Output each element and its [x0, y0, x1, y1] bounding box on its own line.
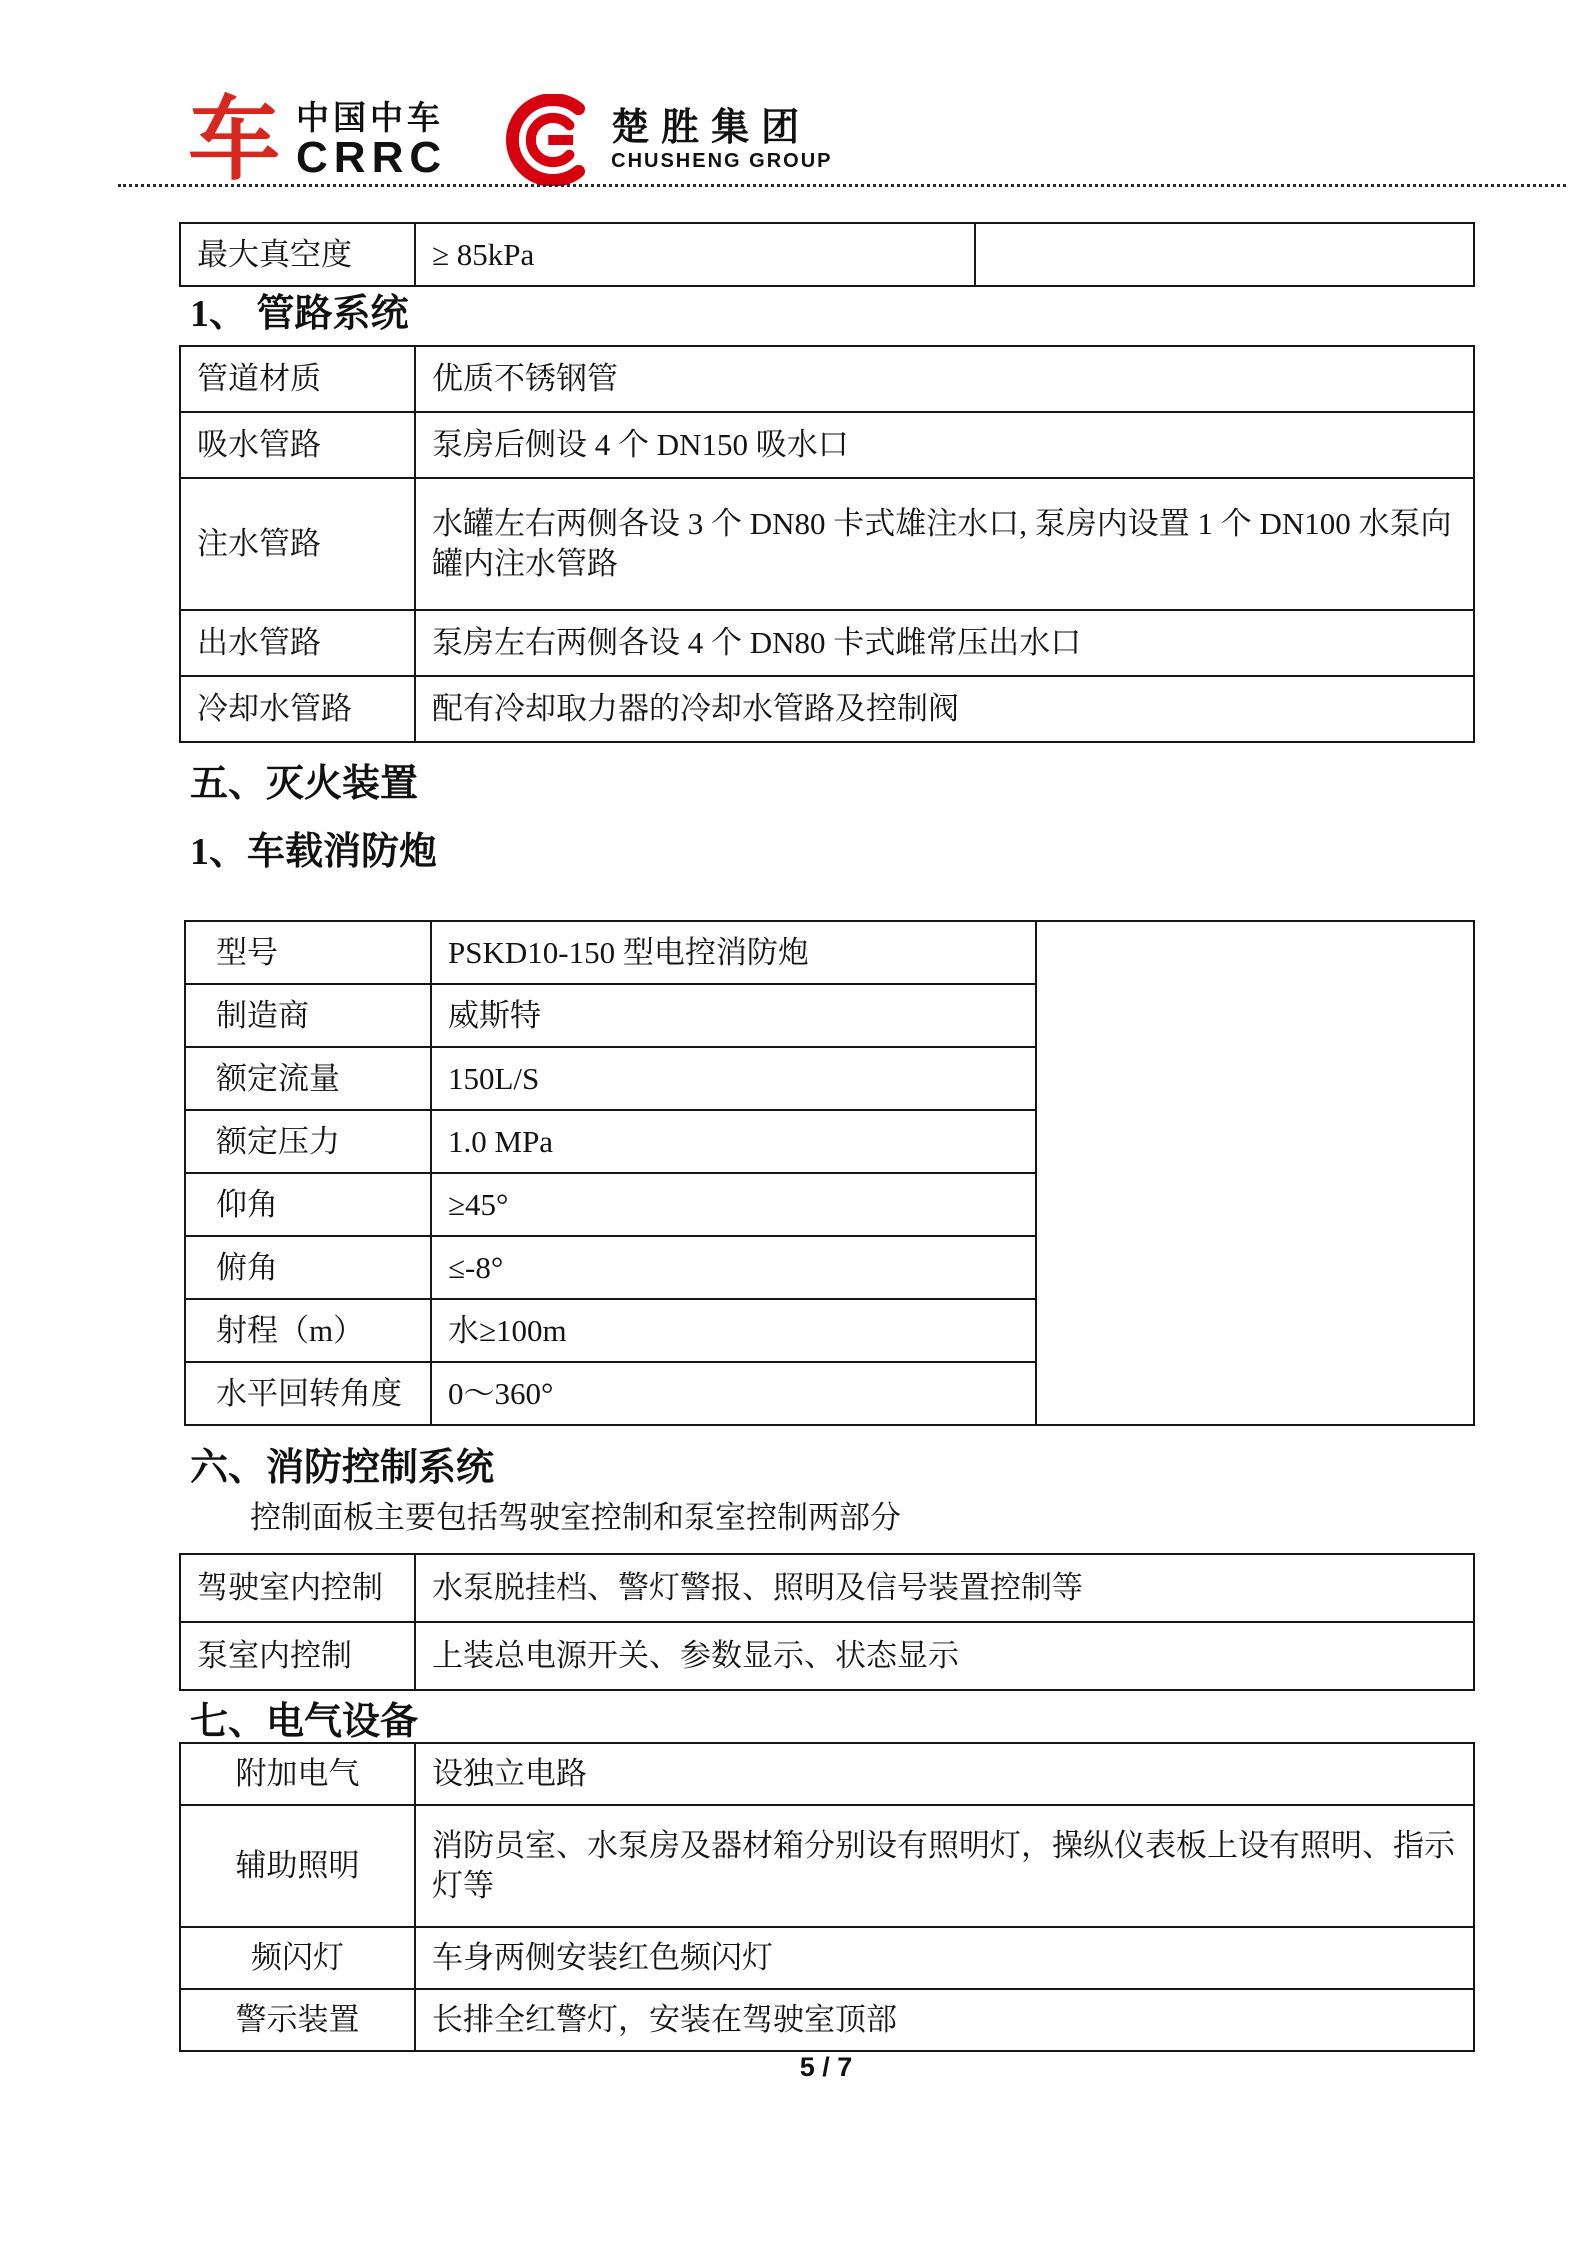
row-label: 额定压力	[185, 1110, 431, 1173]
control-intro-paragraph: 控制面板主要包括驾驶室控制和泵室控制两部分	[250, 1498, 901, 1538]
section-heading-electrical: 七、电气设备	[190, 1700, 418, 1744]
row-value: 优质不锈钢管	[415, 346, 1474, 412]
section-heading-extinguishing: 五、灭火装置	[190, 762, 418, 806]
crrc-name-cn: 中国中车	[296, 100, 447, 136]
row-value: 车身两侧安装红色频闪灯	[415, 1927, 1474, 1989]
row-value: 上装总电源开关、参数显示、状态显示	[415, 1622, 1474, 1690]
row-label: 额定流量	[185, 1047, 431, 1110]
table-row: 注水管路 水罐左右两侧各设 3 个 DN80 卡式雄注水口, 泵房内设置 1 个…	[180, 478, 1474, 610]
chusheng-name-cn: 楚胜集团	[611, 107, 832, 149]
row-value: 150L/S	[431, 1047, 1036, 1110]
row-label: 水平回转角度	[185, 1362, 431, 1425]
fire-cannon-table: 型号 PSKD10-150 型电控消防炮 制造商 威斯特 额定流量 150L/S…	[184, 920, 1475, 1426]
page-header: 车 中国中车 CRRC 楚胜集团 CHUSHENG GROUP	[188, 92, 832, 188]
row-label: 附加电气	[180, 1743, 415, 1805]
crrc-logo: 车 中国中车 CRRC	[188, 94, 447, 186]
row-label: 射程（m）	[185, 1299, 431, 1362]
row-label: 驾驶室内控制	[180, 1554, 415, 1622]
table-row: 冷却水管路 配有冷却取力器的冷却水管路及控制阀	[180, 676, 1474, 742]
row-label: 俯角	[185, 1236, 431, 1299]
vacuum-spec-table: 最大真空度 ≥ 85kPa	[179, 222, 1475, 287]
table-row: 附加电气 设独立电路	[180, 1743, 1474, 1805]
row-label: 冷却水管路	[180, 676, 415, 742]
section-heading-fire-control: 六、消防控制系统	[190, 1446, 494, 1490]
table-row: 型号 PSKD10-150 型电控消防炮	[185, 921, 1474, 984]
section-heading-pipe-system: 1、 管路系统	[190, 292, 409, 336]
row-value: ≥ 85kPa	[415, 223, 975, 286]
row-label: 泵室内控制	[180, 1622, 415, 1690]
empty-cell	[975, 223, 1474, 286]
row-value: 泵房后侧设 4 个 DN150 吸水口	[415, 412, 1474, 478]
empty-cell	[1036, 921, 1474, 1425]
header-divider	[118, 184, 1566, 187]
row-label: 最大真空度	[180, 223, 415, 286]
electrical-equipment-table: 附加电气 设独立电路 辅助照明 消防员室、水泵房及器材箱分别设有照明灯，操纵仪表…	[179, 1742, 1475, 2052]
row-value: 水≥100m	[431, 1299, 1036, 1362]
row-value: 消防员室、水泵房及器材箱分别设有照明灯，操纵仪表板上设有照明、指示灯等	[415, 1805, 1474, 1927]
table-row: 警示装置 长排全红警灯，安装在驾驶室顶部	[180, 1989, 1474, 2051]
row-label: 制造商	[185, 984, 431, 1047]
row-label: 出水管路	[180, 610, 415, 676]
crrc-name-en: CRRC	[296, 136, 447, 180]
row-label: 管道材质	[180, 346, 415, 412]
table-row: 驾驶室内控制 水泵脱挂档、警灯警报、照明及信号装置控制等	[180, 1554, 1474, 1622]
table-row: 最大真空度 ≥ 85kPa	[180, 223, 1474, 286]
control-panel-table: 驾驶室内控制 水泵脱挂档、警灯警报、照明及信号装置控制等 泵室内控制 上装总电源…	[179, 1553, 1475, 1691]
chusheng-logo-text: 楚胜集团 CHUSHENG GROUP	[611, 107, 832, 173]
document-page: 车 中国中车 CRRC 楚胜集团 CHUSHENG GROUP	[0, 0, 1587, 2245]
row-value: 泵房左右两侧各设 4 个 DN80 卡式雌常压出水口	[415, 610, 1474, 676]
row-label: 注水管路	[180, 478, 415, 610]
row-label: 型号	[185, 921, 431, 984]
table-row: 出水管路 泵房左右两侧各设 4 个 DN80 卡式雌常压出水口	[180, 610, 1474, 676]
row-value: 威斯特	[431, 984, 1036, 1047]
row-label: 吸水管路	[180, 412, 415, 478]
table-row: 泵室内控制 上装总电源开关、参数显示、状态显示	[180, 1622, 1474, 1690]
row-value: 0～360°	[431, 1362, 1036, 1425]
page-number: 5 / 7	[179, 2052, 1473, 2083]
pipe-system-table: 管道材质 优质不锈钢管 吸水管路 泵房后侧设 4 个 DN150 吸水口 注水管…	[179, 345, 1475, 743]
section-heading-fire-cannon: 1、车载消防炮	[190, 830, 437, 874]
table-row: 管道材质 优质不锈钢管	[180, 346, 1474, 412]
row-value: ≤-8°	[431, 1236, 1036, 1299]
row-label: 频闪灯	[180, 1927, 415, 1989]
chusheng-logo-icon	[505, 94, 597, 186]
row-value: 水泵脱挂档、警灯警报、照明及信号装置控制等	[415, 1554, 1474, 1622]
table-row: 频闪灯 车身两侧安装红色频闪灯	[180, 1927, 1474, 1989]
row-label: 仰角	[185, 1173, 431, 1236]
row-value: 配有冷却取力器的冷却水管路及控制阀	[415, 676, 1474, 742]
row-label: 辅助照明	[180, 1805, 415, 1927]
crrc-logo-icon: 车	[188, 94, 280, 186]
row-value: 1.0 MPa	[431, 1110, 1036, 1173]
chusheng-logo: 楚胜集团 CHUSHENG GROUP	[505, 94, 832, 186]
row-value: PSKD10-150 型电控消防炮	[431, 921, 1036, 984]
row-value: 长排全红警灯，安装在驾驶室顶部	[415, 1989, 1474, 2051]
chusheng-name-en: CHUSHENG GROUP	[611, 149, 832, 173]
table-row: 吸水管路 泵房后侧设 4 个 DN150 吸水口	[180, 412, 1474, 478]
table-row: 辅助照明 消防员室、水泵房及器材箱分别设有照明灯，操纵仪表板上设有照明、指示灯等	[180, 1805, 1474, 1927]
row-label: 警示装置	[180, 1989, 415, 2051]
row-value: ≥45°	[431, 1173, 1036, 1236]
row-value: 水罐左右两侧各设 3 个 DN80 卡式雄注水口, 泵房内设置 1 个 DN10…	[415, 478, 1474, 610]
row-value: 设独立电路	[415, 1743, 1474, 1805]
crrc-logo-text: 中国中车 CRRC	[296, 100, 447, 180]
